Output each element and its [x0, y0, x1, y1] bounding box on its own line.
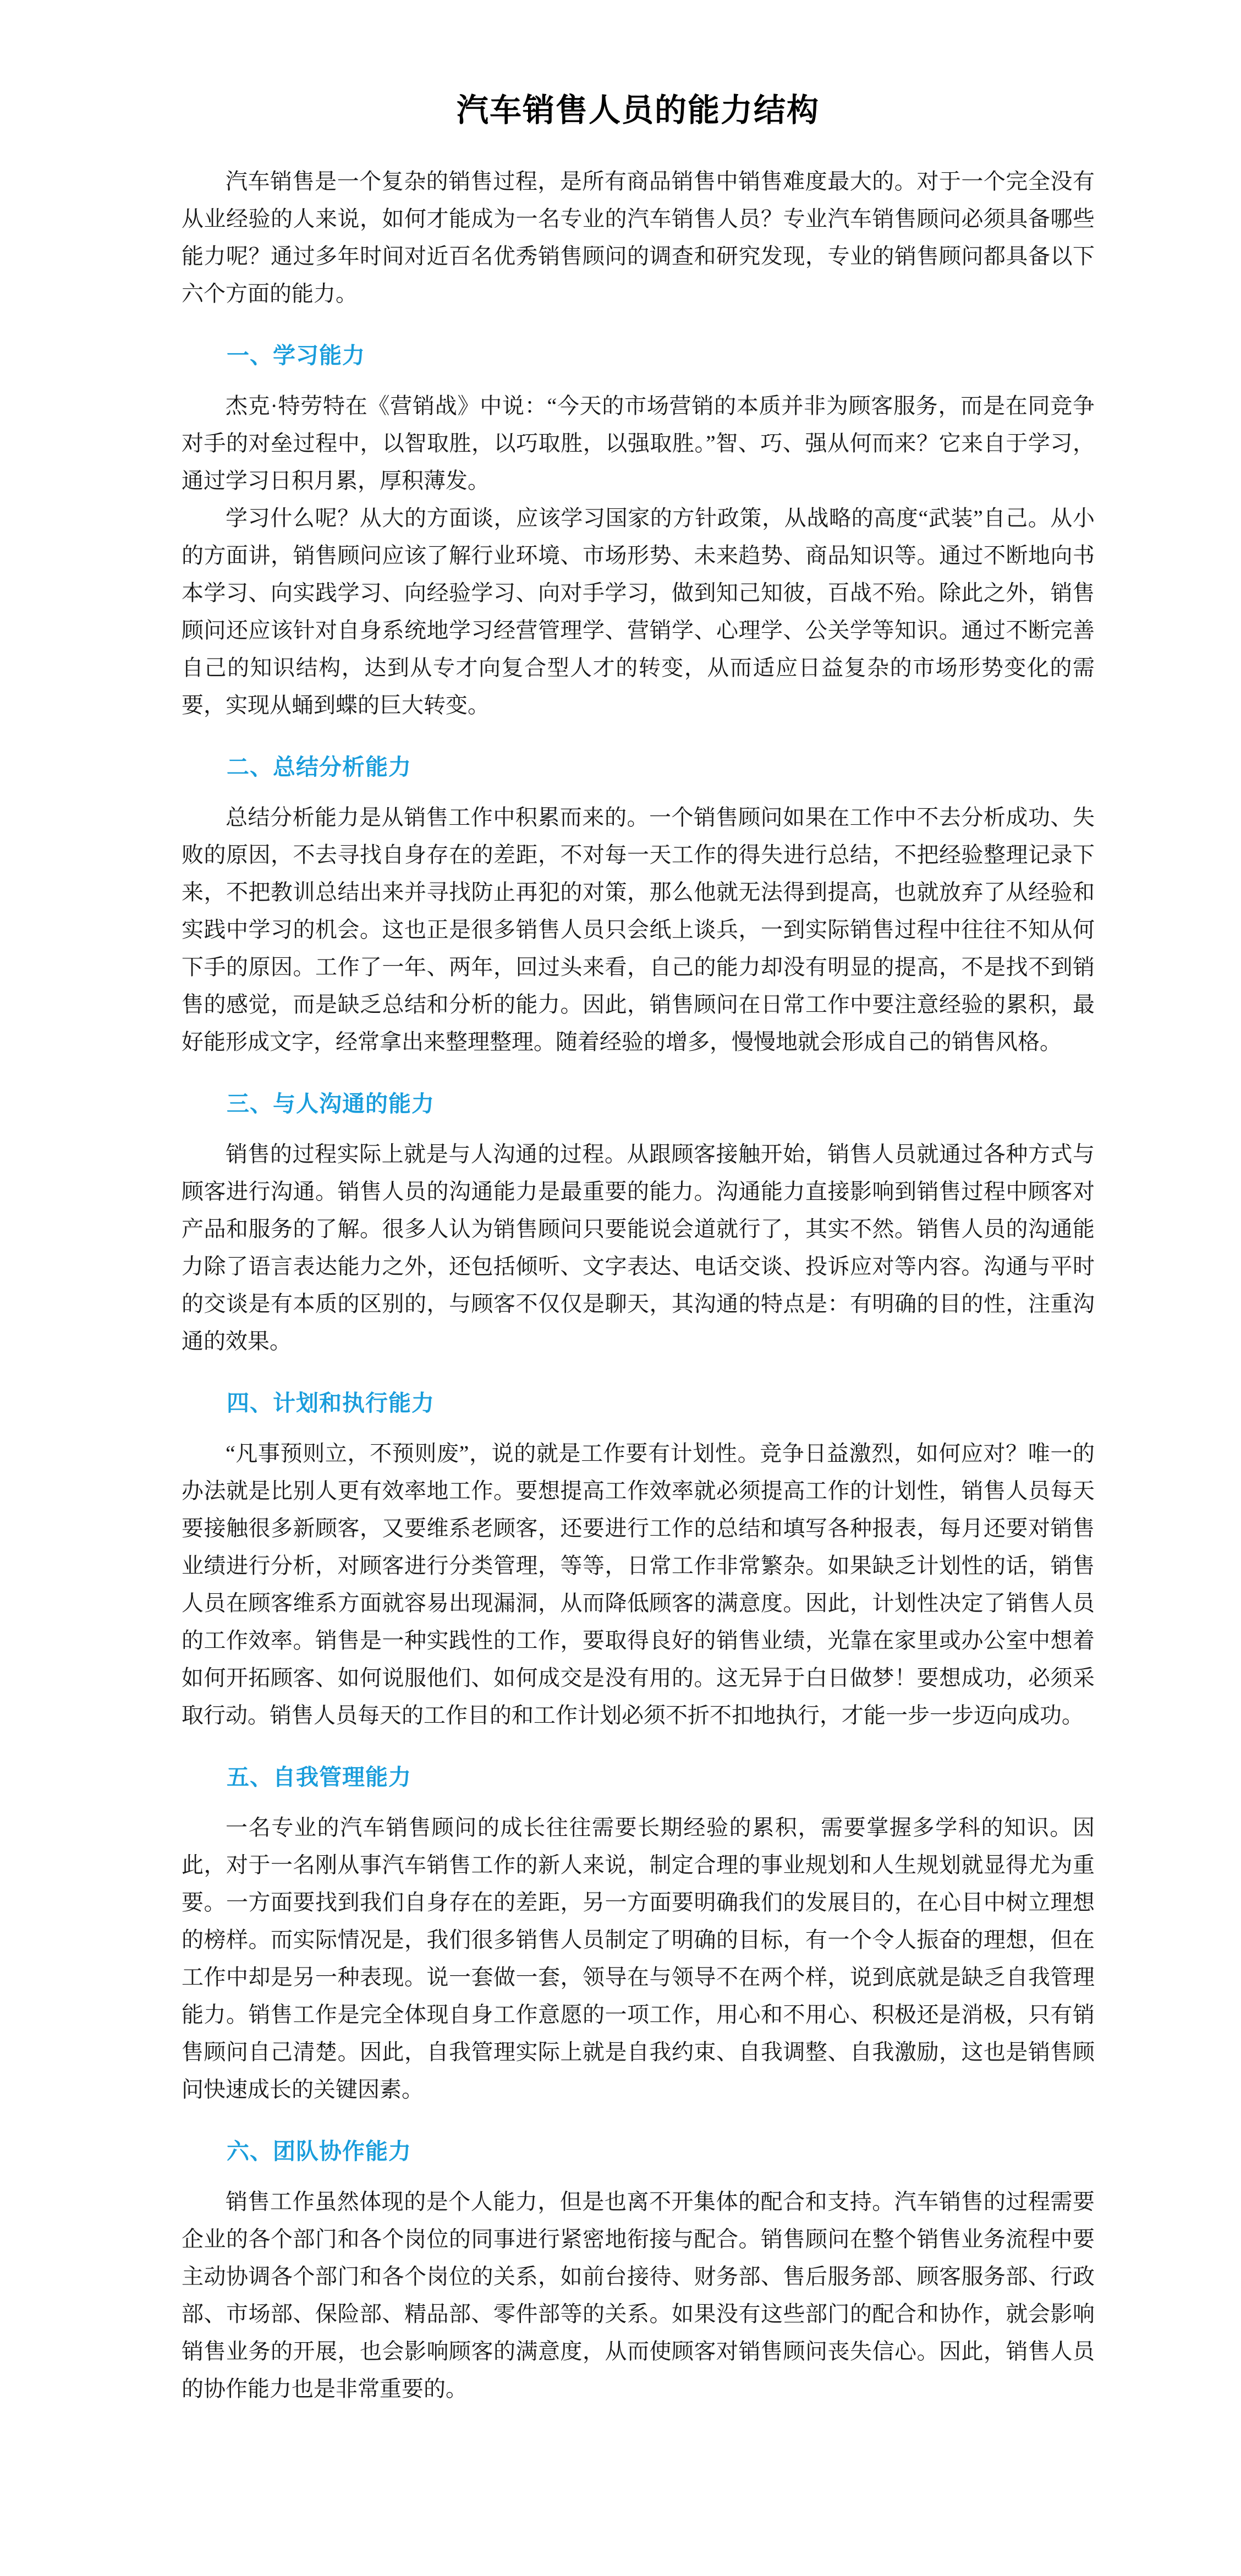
- section-heading: 三、与人沟通的能力: [182, 1085, 1095, 1122]
- section-paragraph: 销售的过程实际上就是与人沟通的过程。从跟顾客接触开始，销售人员就通过各种方式与顾…: [182, 1136, 1095, 1360]
- section-heading: 一、学习能力: [182, 337, 1095, 374]
- section-heading: 六、团队协作能力: [182, 2133, 1095, 2170]
- section-paragraph: “凡事预则立，不预则废”，说的就是工作要有计划性。竞争日益激烈，如何应对？唯一的…: [182, 1435, 1095, 1734]
- section-heading: 二、总结分析能力: [182, 748, 1095, 786]
- section-paragraph: 学习什么呢？从大的方面谈，应该学习国家的方针政策，从战略的高度“武装”自己。从小…: [182, 500, 1095, 724]
- sections-container: 一、学习能力杰克·特劳特在《营销战》中说：“今天的市场营销的本质并非为顾客服务，…: [182, 337, 1095, 2408]
- section-paragraph: 杰克·特劳特在《营销战》中说：“今天的市场营销的本质并非为顾客服务，而是在同竞争…: [182, 387, 1095, 500]
- intro-paragraph: 汽车销售是一个复杂的销售过程，是所有商品销售中销售难度最大的。对于一个完全没有从…: [182, 163, 1095, 313]
- section-paragraph: 销售工作虽然体现的是个人能力，但是也离不开集体的配合和支持。汽车销售的过程需要企…: [182, 2183, 1095, 2408]
- section-paragraph: 总结分析能力是从销售工作中积累而来的。一个销售顾问如果在工作中不去分析成功、失败…: [182, 799, 1095, 1061]
- document-title: 汽车销售人员的能力结构: [182, 89, 1095, 132]
- section-heading: 四、计划和执行能力: [182, 1384, 1095, 1422]
- document-page: 汽车销售人员的能力结构 汽车销售是一个复杂的销售过程，是所有商品销售中销售难度最…: [0, 0, 1241, 2576]
- section-heading: 五、自我管理能力: [182, 1758, 1095, 1796]
- section-paragraph: 一名专业的汽车销售顾问的成长往往需要长期经验的累积，需要掌握多学科的知识。因此，…: [182, 1809, 1095, 2108]
